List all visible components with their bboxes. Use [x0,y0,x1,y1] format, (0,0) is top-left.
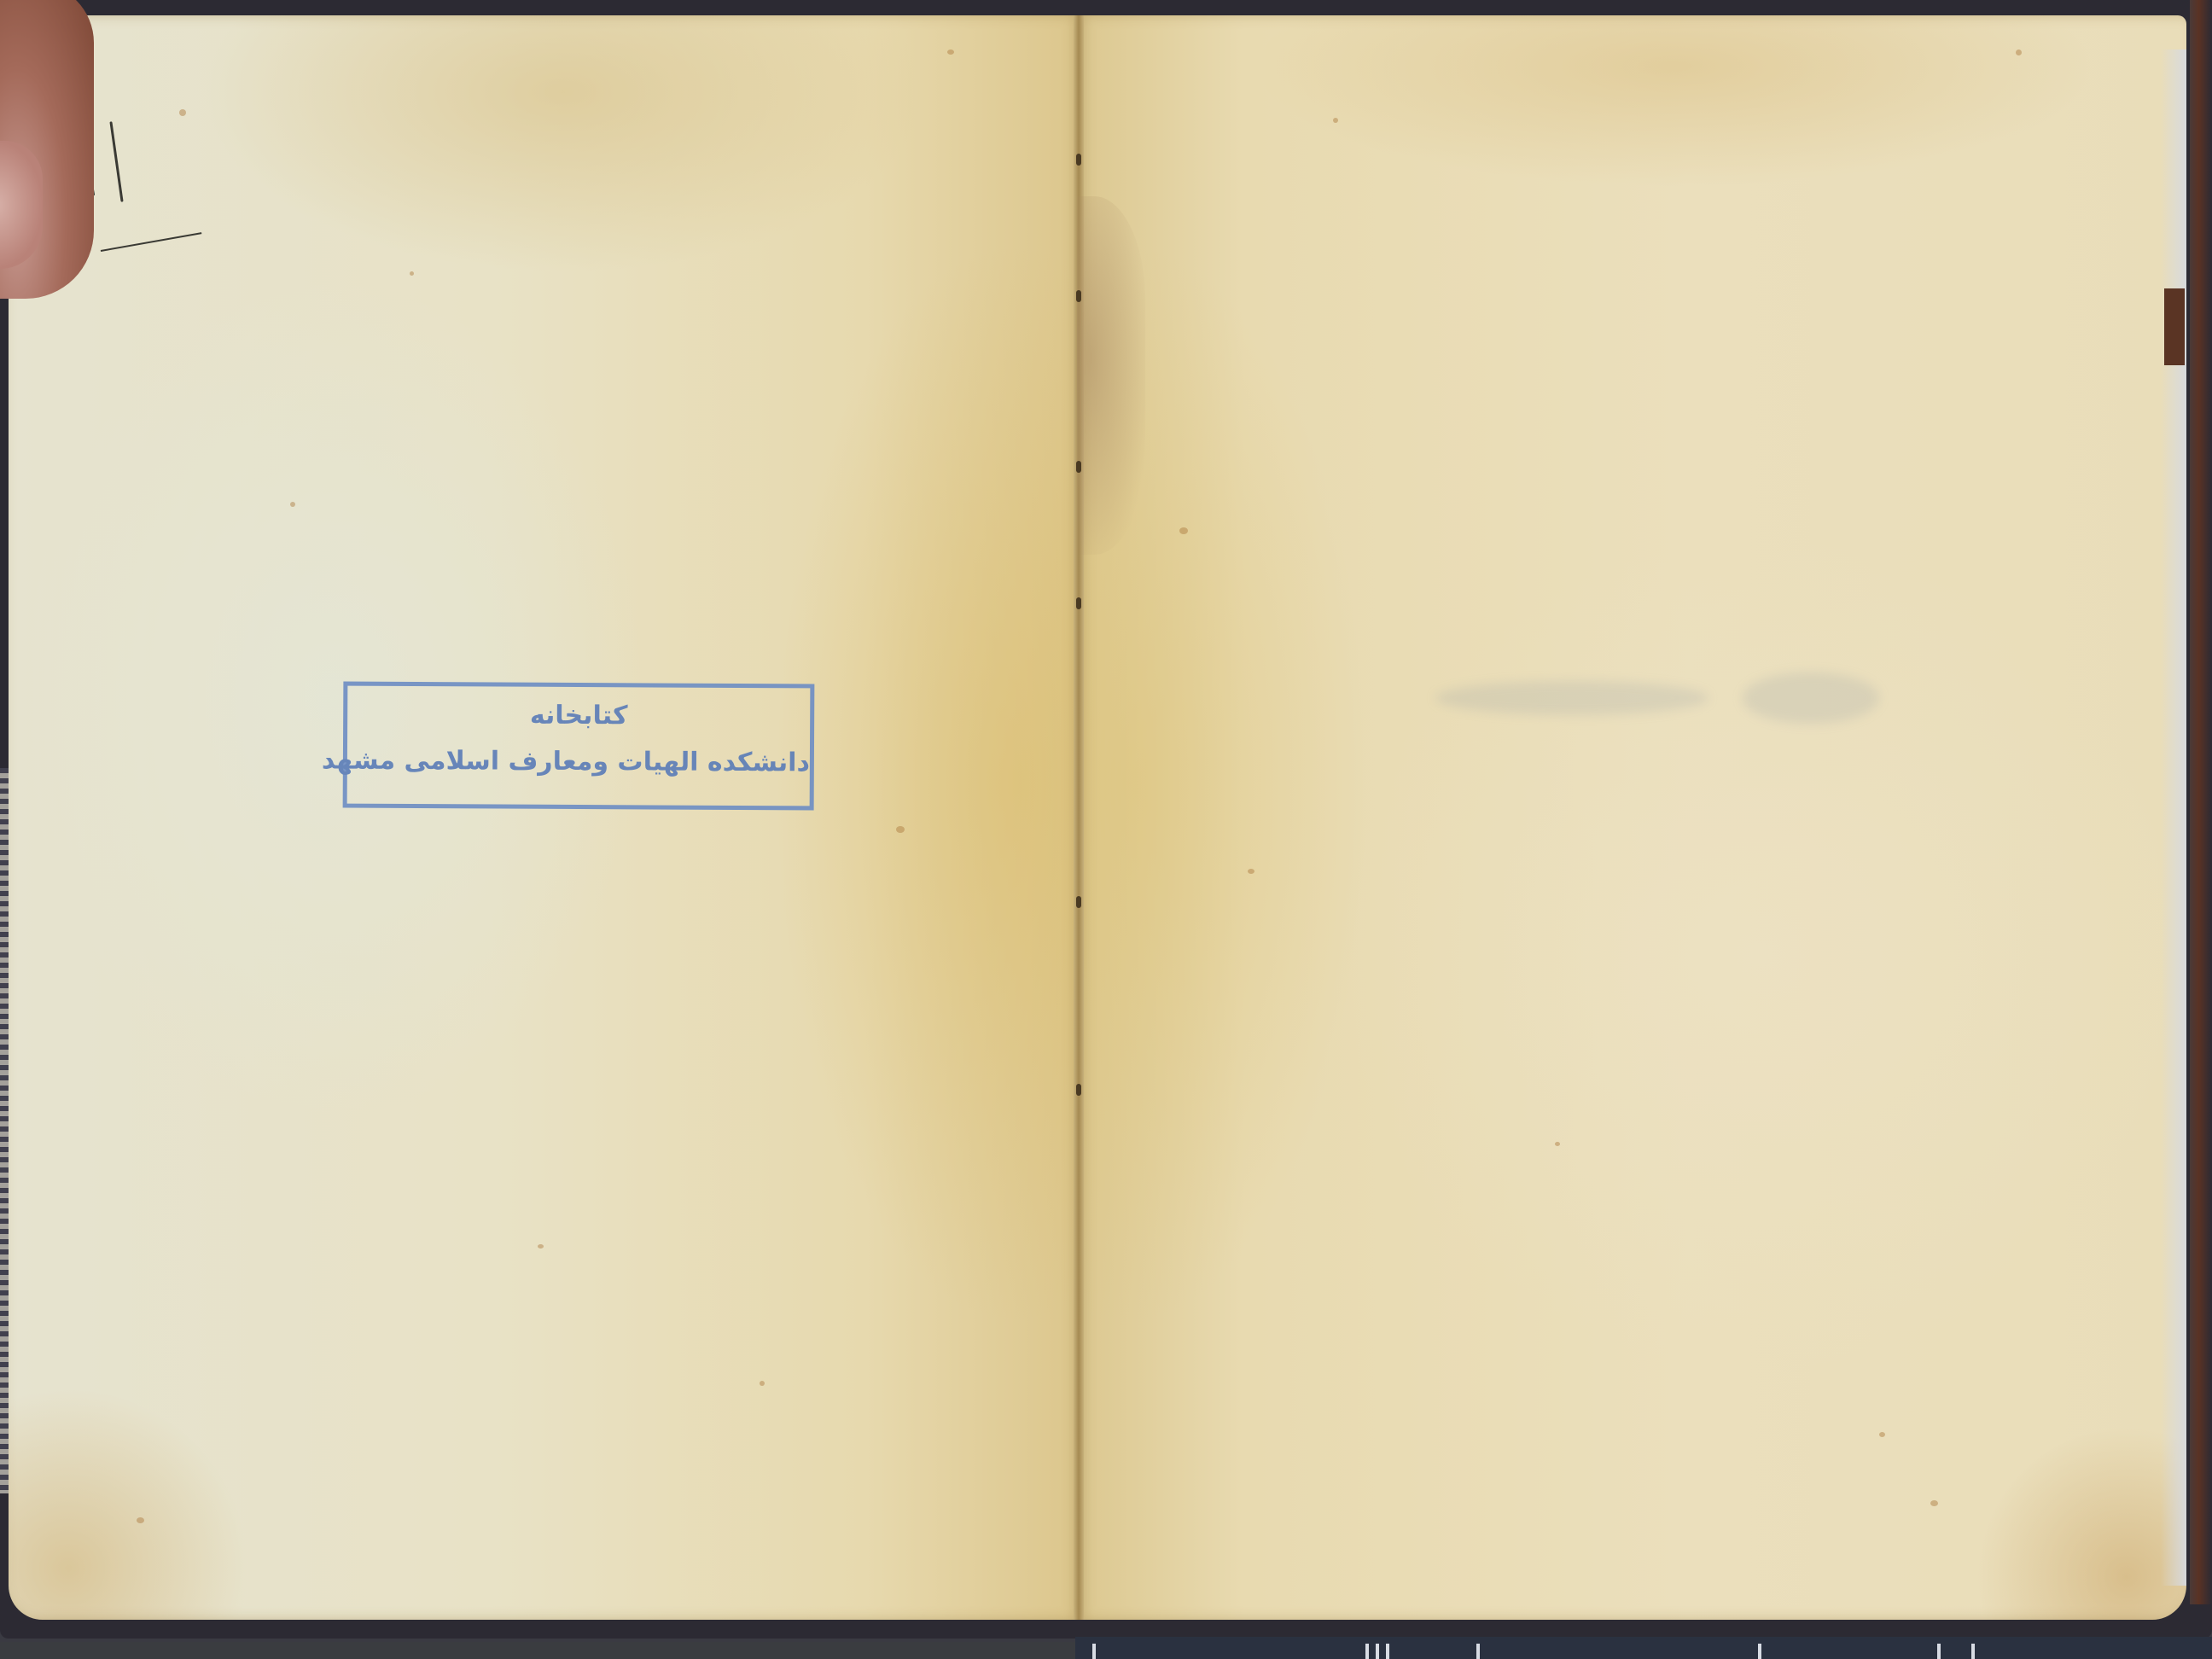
background-printed-material [1075,1637,2212,1659]
right-page [1077,15,2186,1620]
thumbnail [0,141,43,269]
library-stamp: کتابخانه دانشکده الهیات ومعارف اسلامی مش… [343,682,815,811]
background-surface [0,1642,1075,1659]
page-stack-edge [0,768,9,1493]
left-page [9,15,1080,1620]
water-stain [1077,196,1145,555]
page-edge [2161,49,2186,1586]
stamp-institution: دانشکده الهیات ومعارف اسلامی مشهد [347,744,810,781]
book-photo: || کتابخانه دانشکده الهیات ومعارف اسلامی… [0,0,2212,1659]
thumb [0,0,94,299]
stamp-title: کتابخانه [347,698,810,735]
cover-edge [2190,0,2212,1604]
